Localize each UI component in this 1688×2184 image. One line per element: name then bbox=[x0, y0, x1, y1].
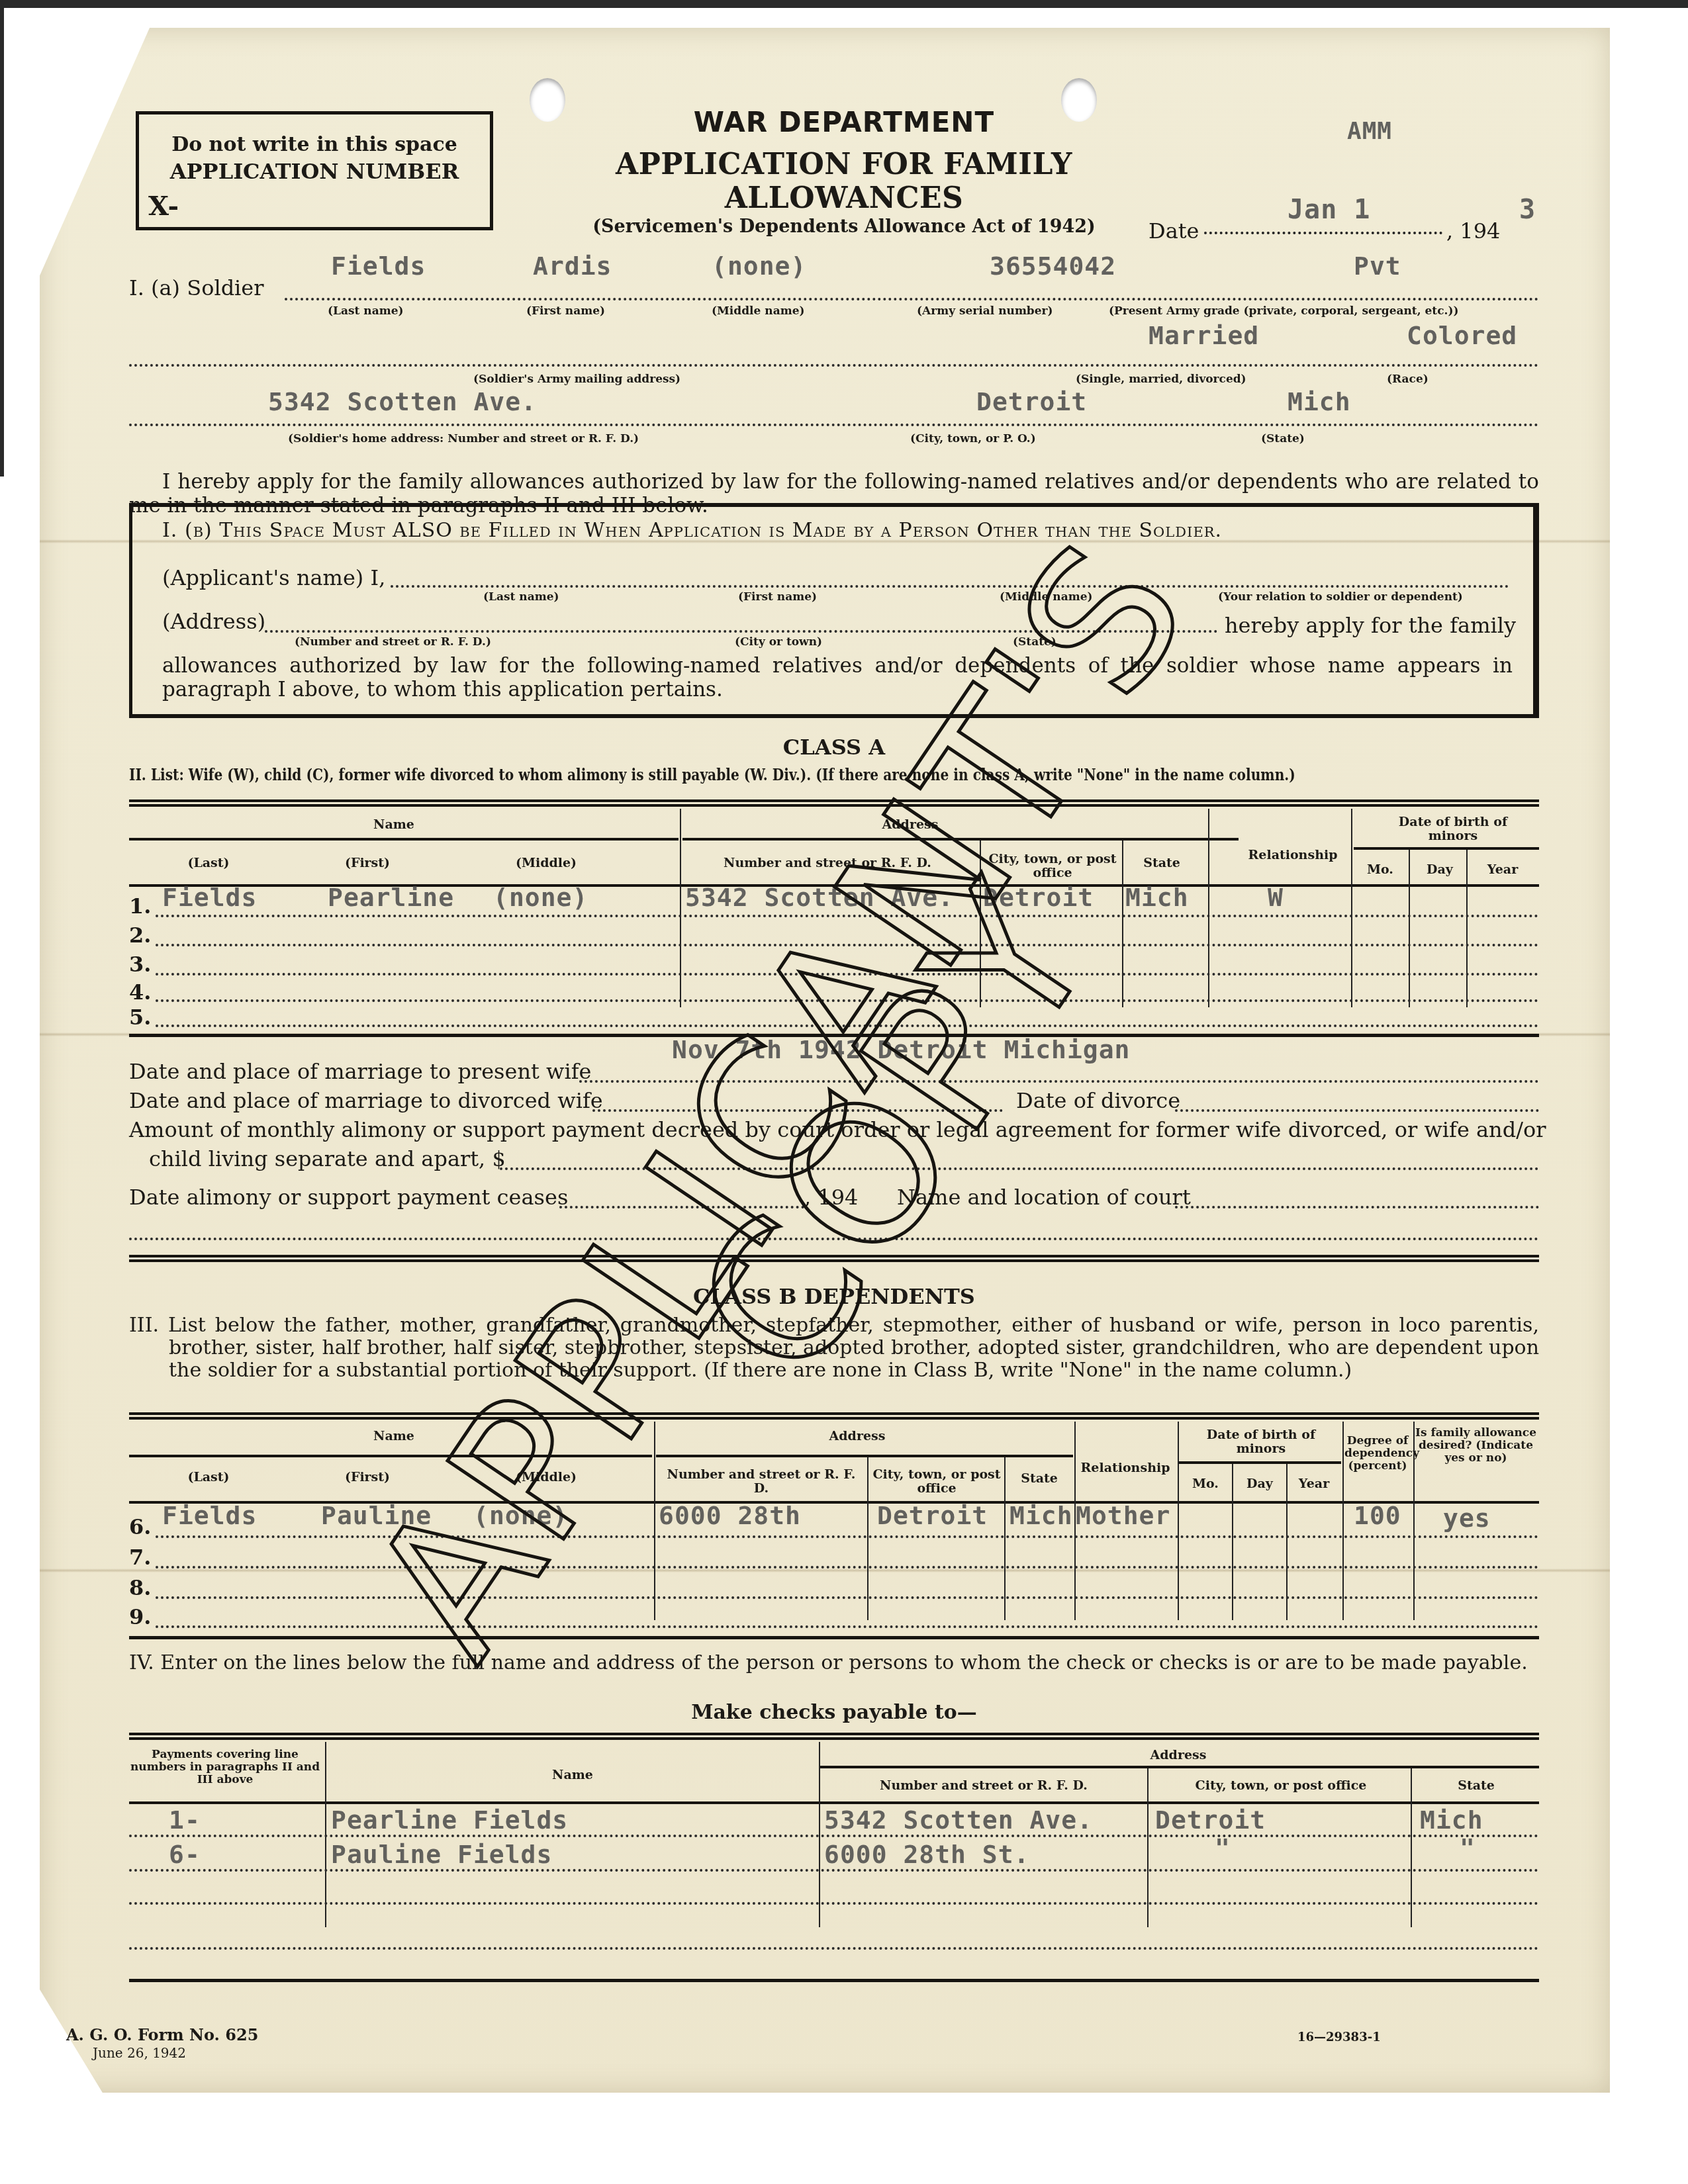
marriage-divorced-field[interactable] bbox=[592, 1109, 1003, 1112]
payee-th-state: State bbox=[1413, 1779, 1539, 1793]
alimony-label-1: Amount of monthly alimony or support pay… bbox=[129, 1117, 1546, 1142]
class-a-th-name: Name bbox=[328, 818, 460, 832]
class-a-row1-middle[interactable]: (none) bbox=[493, 883, 588, 912]
class-a-table-top-rule bbox=[129, 799, 1539, 807]
payee-row1-street[interactable]: 5342 Scotten Ave. bbox=[824, 1805, 1093, 1835]
marriage-section: Nov 7th 1942 Detroit Michigan Date and p… bbox=[129, 1039, 1539, 1185]
alimony-ceases-field[interactable] bbox=[559, 1206, 804, 1208]
class-a-th-dob: Date of birth of minors bbox=[1374, 815, 1532, 843]
payee-row1-state[interactable]: Mich bbox=[1420, 1805, 1483, 1835]
payee-th-name: Name bbox=[328, 1768, 818, 1782]
soldier-name-row: I. (a) Soldier Fields Ardis (none) 36554… bbox=[129, 251, 1539, 318]
applicant-address-label: (Address) bbox=[162, 609, 265, 634]
section-1b-paragraph: allowances authorized by law for the fol… bbox=[162, 654, 1513, 702]
class-b-table-bottom-rule bbox=[129, 1636, 1539, 1639]
class-b-th-day: Day bbox=[1233, 1477, 1286, 1491]
application-number-label: APPLICATION NUMBER bbox=[139, 159, 490, 184]
class-a-th-city: City, town, or post office bbox=[986, 852, 1119, 880]
make-checks-heading: Make checks payable to— bbox=[129, 1701, 1539, 1724]
class-a-row1-first[interactable]: Pearline bbox=[328, 883, 454, 912]
caption-state: (State) bbox=[1261, 432, 1305, 445]
caption-applicant-middle: (Middle name) bbox=[1000, 590, 1093, 604]
form-header: WAR DEPARTMENT APPLICATION FOR FAMILY AL… bbox=[513, 106, 1175, 237]
class-b-row6-last[interactable]: Fields bbox=[162, 1501, 257, 1530]
alimony-ceases-label: Date alimony or support payment ceases bbox=[129, 1185, 568, 1210]
payee-th-address: Address bbox=[818, 1749, 1539, 1762]
payee-row2-city[interactable]: " bbox=[1215, 1833, 1231, 1862]
court-label: Name and location of court bbox=[897, 1185, 1191, 1210]
payee-row3-line[interactable] bbox=[129, 1902, 1539, 1905]
class-a-th-year: Year bbox=[1473, 863, 1532, 877]
class-b-th-city: City, town, or post office bbox=[870, 1468, 1003, 1496]
soldier-marital-status[interactable]: Married bbox=[1149, 321, 1259, 350]
class-b-th-year: Year bbox=[1288, 1477, 1340, 1491]
date-value: Jan 1 bbox=[1288, 195, 1370, 225]
stamp-code: AMM bbox=[1347, 118, 1392, 145]
class-b-row6-degree[interactable]: 100 bbox=[1354, 1501, 1401, 1530]
class-b-row6-street[interactable]: 6000 28th bbox=[659, 1501, 801, 1530]
soldier-state[interactable]: Mich bbox=[1288, 387, 1351, 416]
divorce-date-label: Date of divorce bbox=[1016, 1088, 1180, 1113]
class-b-th-first: (First) bbox=[328, 1471, 407, 1484]
col-divider bbox=[1466, 850, 1468, 1007]
class-a-th-mo: Mo. bbox=[1354, 863, 1407, 877]
class-b-th-relationship: Relationship bbox=[1076, 1461, 1175, 1475]
class-b-row6-relationship[interactable]: Mother bbox=[1076, 1501, 1170, 1530]
mailing-dotline bbox=[129, 364, 1539, 367]
col-divider bbox=[1409, 850, 1410, 1007]
rule bbox=[129, 1455, 652, 1457]
court-field[interactable] bbox=[1175, 1206, 1539, 1208]
class-b-row6-middle[interactable]: (none) bbox=[473, 1501, 568, 1530]
caption-serial-number: (Army serial number) bbox=[917, 304, 1053, 318]
class-b-th-dob: Date of birth of minors bbox=[1182, 1428, 1340, 1456]
soldier-home-row: 5342 Scotten Ave. Detroit Mich (Soldier'… bbox=[129, 387, 1539, 453]
class-b-row7-line[interactable] bbox=[156, 1566, 1539, 1569]
rule bbox=[1179, 1461, 1341, 1464]
class-a-th-relationship: Relationship bbox=[1240, 848, 1346, 862]
payee-row2-state[interactable]: " bbox=[1460, 1833, 1476, 1862]
class-a-th-middle: (Middle) bbox=[500, 856, 592, 870]
payee-th-city: City, town, or post office bbox=[1149, 1779, 1413, 1793]
marriage-present-value[interactable]: Nov 7th 1942 Detroit Michigan bbox=[672, 1035, 1130, 1064]
caption-applicant-street: (Number and street or R. F. D.) bbox=[295, 635, 491, 649]
soldier-last-name[interactable]: Fields bbox=[331, 251, 426, 281]
marriage-present-label: Date and place of marriage to present wi… bbox=[129, 1059, 592, 1084]
class-a-row1-state[interactable]: Mich bbox=[1125, 883, 1189, 912]
payee-row1-name[interactable]: Pearline Fields bbox=[331, 1805, 568, 1835]
marriage-divorced-label: Date and place of marriage to divorced w… bbox=[129, 1088, 603, 1113]
applicant-name-field[interactable] bbox=[391, 585, 1509, 588]
col-divider bbox=[980, 841, 981, 1007]
class-b-th-name: Name bbox=[328, 1430, 460, 1443]
class-a-row2-num: 2. bbox=[129, 923, 151, 948]
payee-row1-lines[interactable]: 1- bbox=[169, 1805, 201, 1835]
col-divider bbox=[1208, 809, 1209, 1007]
class-b-instruction: III. List below the father, mother, gran… bbox=[129, 1314, 1539, 1382]
payee-row2-line[interactable] bbox=[129, 1869, 1539, 1872]
class-b-th-street: Number and street or R. F. D. bbox=[659, 1468, 864, 1496]
payee-th-street: Number and street or R. F. D. bbox=[820, 1779, 1147, 1793]
col-divider bbox=[1413, 1422, 1415, 1620]
home-dotline bbox=[129, 424, 1539, 426]
class-a-th-day: Day bbox=[1413, 863, 1466, 877]
form-date: June 26, 1942 bbox=[93, 2045, 186, 2061]
year-value: 3 bbox=[1519, 195, 1536, 225]
soldier-first-name[interactable]: Ardis bbox=[533, 251, 612, 281]
alimony-label-2: child living separate and apart, $ bbox=[149, 1146, 506, 1171]
payee-th-lines: Payments covering line numbers in paragr… bbox=[129, 1749, 321, 1786]
class-a-row1-last[interactable]: Fields bbox=[162, 883, 257, 912]
applicant-address-field[interactable] bbox=[265, 630, 1218, 633]
form-number: A. G. O. Form No. 625 bbox=[66, 2025, 258, 2044]
col-divider bbox=[654, 1422, 655, 1620]
marriage-present-field[interactable] bbox=[579, 1080, 1539, 1083]
alimony-ceases-row: Date alimony or support payment ceases ,… bbox=[129, 1185, 1539, 1257]
class-a-row3-line[interactable] bbox=[156, 973, 1539, 976]
class-a-row1-street[interactable]: 5342 Scotten Ave. bbox=[685, 883, 954, 912]
caption-grade: (Present Army grade (private, corporal, … bbox=[1109, 304, 1459, 318]
class-a-row1-line[interactable] bbox=[156, 915, 1539, 917]
class-a-end-rule bbox=[129, 1255, 1539, 1262]
soldier-city[interactable]: Detroit bbox=[976, 387, 1087, 416]
class-a-row5-line[interactable] bbox=[156, 1024, 1539, 1027]
class-b-row7-num: 7. bbox=[129, 1545, 151, 1570]
caption-last-name: (Last name) bbox=[328, 304, 404, 318]
class-a-th-street: Number and street or R. F. D. bbox=[688, 856, 966, 870]
scan-frame-left bbox=[0, 0, 4, 477]
year-prefix: , 194 bbox=[1446, 218, 1500, 244]
col-divider bbox=[1178, 1422, 1179, 1620]
application-number-box: Do not write in this space APPLICATION N… bbox=[136, 111, 493, 230]
caption-marital-status: (Single, married, divorced) bbox=[1076, 373, 1246, 386]
caption-middle-name: (Middle name) bbox=[712, 304, 805, 318]
col-divider bbox=[1351, 809, 1352, 1007]
payee-row1-line[interactable] bbox=[129, 1835, 1539, 1837]
rule bbox=[129, 1801, 1539, 1804]
class-a-th-last: (Last) bbox=[169, 856, 248, 870]
payee-row2-lines[interactable]: 6- bbox=[169, 1840, 201, 1869]
rule bbox=[129, 838, 679, 841]
form-title: APPLICATION FOR FAMILY ALLOWANCES bbox=[513, 148, 1175, 215]
class-a-table: Name Address (Last) (First) (Middle) Num… bbox=[129, 809, 1539, 1007]
applicant-name-label: (Applicant's name) I, bbox=[162, 565, 385, 590]
date-dotline bbox=[1204, 232, 1442, 234]
class-a-instruction: II. List: Wife (W), child (C), former wi… bbox=[129, 765, 1295, 784]
section-1b-heading: I. (b) This Space Must ALSO be Filled in… bbox=[162, 519, 1222, 542]
department-name: WAR DEPARTMENT bbox=[513, 106, 1175, 138]
class-b-th-middle: (Middle) bbox=[500, 1471, 592, 1484]
payee-row1-city[interactable]: Detroit bbox=[1155, 1805, 1266, 1835]
caption-city: (City, town, or P. O.) bbox=[910, 432, 1036, 445]
class-b-row6-state[interactable]: Mich bbox=[1009, 1501, 1073, 1530]
class-b-row6-first[interactable]: Pauline bbox=[321, 1501, 432, 1530]
class-a-th-state: State bbox=[1125, 856, 1198, 870]
caption-home-address: (Soldier's home address: Number and stre… bbox=[288, 432, 639, 445]
class-b-th-state: State bbox=[1006, 1472, 1072, 1486]
class-b-th-degree: Degree of dependency (percent) bbox=[1344, 1435, 1411, 1473]
soldier-mailing-row: Married Colored (Soldier's Army mailing … bbox=[129, 321, 1539, 387]
payee-row4-line[interactable] bbox=[129, 1947, 1539, 1950]
section-4-table-top-rule bbox=[129, 1733, 1539, 1740]
class-a-row2-line[interactable] bbox=[156, 944, 1539, 946]
class-b-row6-desired[interactable]: yes bbox=[1443, 1504, 1491, 1533]
divorce-date-field[interactable] bbox=[1175, 1109, 1539, 1112]
class-a-heading: CLASS A bbox=[129, 735, 1539, 760]
soldier-race[interactable]: Colored bbox=[1407, 321, 1517, 350]
class-b-row8-num: 8. bbox=[129, 1575, 151, 1600]
rule bbox=[1354, 847, 1539, 850]
caption-applicant-relation: (Your relation to soldier or dependent) bbox=[1218, 590, 1463, 604]
payee-table: Payments covering line numbers in paragr… bbox=[129, 1742, 1539, 1927]
date-label: Date bbox=[1149, 218, 1199, 244]
class-b-table: Name Address (Last) (First) (Middle) Num… bbox=[129, 1422, 1539, 1620]
caption-applicant-last: (Last name) bbox=[483, 590, 559, 604]
class-b-row6-line[interactable] bbox=[156, 1535, 1539, 1538]
class-a-row5: 5. bbox=[129, 1007, 1539, 1034]
class-b-row9-line[interactable] bbox=[156, 1625, 1539, 1628]
class-b-th-mo: Mo. bbox=[1179, 1477, 1232, 1491]
class-a-row4-num: 4. bbox=[129, 979, 151, 1005]
applicant-apply-text: hereby apply for the family bbox=[1225, 613, 1516, 638]
payee-row2-street[interactable]: 6000 28th St. bbox=[824, 1840, 1029, 1869]
class-b-table-top-rule bbox=[129, 1412, 1539, 1420]
class-a-th-first: (First) bbox=[328, 856, 407, 870]
payee-row2-name[interactable]: Pauline Fields bbox=[331, 1840, 552, 1869]
class-b-row6-city[interactable]: Detroit bbox=[877, 1501, 988, 1530]
class-a-row1-city[interactable]: Detroit bbox=[983, 883, 1094, 912]
scan-frame-top bbox=[0, 0, 1688, 8]
payee-row4 bbox=[129, 1927, 1539, 1967]
class-a-row1-relationship[interactable]: W bbox=[1268, 883, 1284, 912]
class-a-row1-num: 1. bbox=[129, 893, 151, 919]
soldier-grade[interactable]: Pvt bbox=[1354, 251, 1401, 281]
rule bbox=[656, 1455, 1073, 1457]
class-b-th-last: (Last) bbox=[169, 1471, 248, 1484]
class-a-th-address: Address bbox=[844, 818, 976, 832]
class-b-th-desired: Is family allowance desired? (Indicate y… bbox=[1415, 1427, 1537, 1465]
caption-mailing-address: (Soldier's Army mailing address) bbox=[473, 373, 680, 386]
soldier-dotline bbox=[285, 298, 1539, 300]
caption-applicant-state: (State) bbox=[1013, 635, 1056, 649]
col-divider bbox=[1342, 1422, 1344, 1620]
alimony-amount-field[interactable] bbox=[500, 1167, 1539, 1170]
section-4-instruction: IV. Enter on the lines below the full na… bbox=[129, 1653, 1539, 1673]
print-code: 16—29383-1 bbox=[1297, 2030, 1381, 2044]
class-a-row5-num: 5. bbox=[129, 1005, 151, 1030]
caption-applicant-first: (First name) bbox=[738, 590, 817, 604]
class-b-heading: CLASS B DEPENDENTS bbox=[129, 1284, 1539, 1309]
court-field-continued[interactable] bbox=[129, 1238, 1539, 1240]
application-number-prefix: X- bbox=[148, 191, 490, 222]
soldier-middle-name[interactable]: (none) bbox=[712, 251, 806, 281]
rule bbox=[682, 838, 1239, 841]
alimony-ceases-year: , 194 bbox=[804, 1185, 858, 1210]
soldier-serial-number[interactable]: 36554042 bbox=[990, 251, 1116, 281]
class-b-row6-num: 6. bbox=[129, 1514, 151, 1539]
do-not-write-notice: Do not write in this space bbox=[139, 133, 490, 156]
payee-table-bottom-rule bbox=[129, 1979, 1539, 1982]
class-b-row8-line[interactable] bbox=[156, 1596, 1539, 1599]
form-subtitle: (Servicemen's Dependents Allowance Act o… bbox=[513, 216, 1175, 237]
class-a-row3-num: 3. bbox=[129, 952, 151, 977]
section-1b-box: I. (b) This Space Must ALSO be Filled in… bbox=[129, 503, 1539, 718]
class-a-row4-line[interactable] bbox=[156, 999, 1539, 1002]
class-b-row9-num: 9. bbox=[129, 1604, 151, 1629]
soldier-label: I. (a) Soldier bbox=[129, 275, 264, 300]
soldier-home-address[interactable]: 5342 Scotten Ave. bbox=[268, 387, 537, 416]
caption-race: (Race) bbox=[1387, 373, 1429, 386]
rule bbox=[820, 1766, 1539, 1768]
class-b-th-address: Address bbox=[791, 1430, 923, 1443]
caption-first-name: (First name) bbox=[526, 304, 605, 318]
caption-applicant-city: (City or town) bbox=[735, 635, 822, 649]
col-divider bbox=[680, 809, 681, 1007]
col-divider bbox=[1122, 841, 1123, 1007]
